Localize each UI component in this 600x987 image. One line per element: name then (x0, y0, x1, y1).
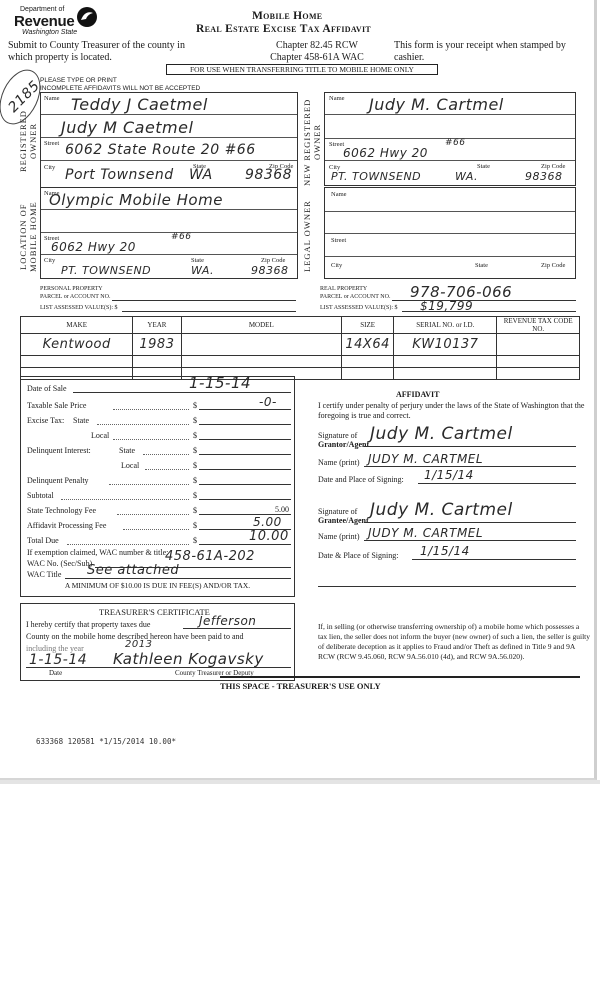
location-state: WA. (191, 264, 214, 277)
dor-swirl-icon (76, 6, 98, 28)
grantee-name-label: Name (print) (318, 532, 360, 541)
affidavit-title: AFFIDAVIT (396, 390, 439, 399)
cell-size[interactable]: 14X64 (342, 334, 394, 356)
affidavit-certification: I certify under penalty of perjury under… (318, 401, 588, 421)
location-street: 6062 Hwy 20 (51, 240, 136, 254)
zip-label: Zip Code (261, 257, 285, 264)
header-serial: SERIAL NO. or I.D. (394, 317, 497, 334)
excise-state-field[interactable] (199, 424, 291, 425)
chapter-rcw: Chapter 82.45 RCW (262, 40, 372, 52)
currency-symbol: $ (193, 506, 197, 515)
currency-symbol: $ (193, 446, 197, 455)
loc-street-row[interactable]: Street 6062 Hwy 20 #66 (41, 233, 297, 255)
personal-assessed-field[interactable] (122, 311, 296, 312)
grantee-sig-label2: Grantee/Agent (318, 516, 369, 525)
cell-serial[interactable]: KW10137 (394, 334, 497, 356)
table-row (21, 356, 580, 368)
currency-symbol: $ (193, 521, 197, 530)
name-label: Name (329, 95, 345, 102)
excise-tax-label: Excise Tax: (27, 416, 64, 425)
zip-label: Zip Code (541, 262, 565, 269)
total-due-field[interactable] (199, 544, 291, 545)
grantor-sig-label2: Grantor/Agent (318, 440, 369, 449)
location-box: Name Olympic Mobile Home Street 6062 Hwy… (40, 187, 298, 279)
treasurer-use-rule (220, 676, 580, 678)
form-title-line2: Real Estate Excise Tax Affidavit (196, 23, 371, 35)
page-edge (0, 780, 600, 784)
grantor-sig-label: Signature of Grantor/Agent (318, 431, 369, 449)
treasurer-date-label: Date (49, 669, 62, 677)
grantor-name-label: Name (print) (318, 458, 360, 467)
location-zip: 98368 (251, 264, 289, 277)
header-year: YEAR (133, 317, 181, 334)
personal-property-label: PERSONAL PROPERTY PARCEL or ACCOUNT NO. (40, 286, 110, 301)
cell-tax-code[interactable] (497, 356, 580, 368)
mobile-home-table: MAKE YEAR MODEL SIZE SERIAL NO. or I.D. … (20, 316, 580, 380)
wac-no-value: 458-61A-202 (165, 549, 255, 564)
reg-name2-row[interactable]: Judy M Caetmel (41, 115, 297, 138)
taxable-price-field[interactable] (199, 409, 291, 410)
treasurer-year: 2013 (125, 639, 152, 650)
grantee-signature: Judy M. Cartmel (370, 500, 513, 520)
tax-calculation-box: Date of Sale 1-15-14 Taxable Sale Price … (20, 376, 295, 597)
grantor-date-field[interactable] (418, 483, 576, 484)
real-assessed-label: LIST ASSESSED VALUE(S): $ (320, 305, 398, 313)
reg-owner-zip: 98368 (245, 167, 292, 183)
currency-symbol: $ (193, 431, 197, 440)
wac-title-label: WAC Title (27, 570, 61, 579)
leader-dots (67, 544, 189, 545)
leader-dots (123, 529, 189, 530)
state-label: State (477, 163, 490, 170)
wac-title-value: See attached (87, 563, 179, 578)
cell-size[interactable] (342, 368, 394, 380)
leader-dots (145, 469, 189, 470)
location-unit: #66 (171, 232, 192, 242)
new-city-row[interactable]: City State Zip Code PT. TOWNSEND WA. 983… (325, 161, 575, 186)
cell-model[interactable] (181, 356, 342, 368)
cell-tax-code[interactable] (497, 334, 580, 356)
processing-fee-value: 5.00 (253, 515, 282, 529)
new-name2-row[interactable] (325, 115, 575, 139)
treasurer-signature: Kathleen Kogavsky (113, 650, 264, 668)
street-label: Street (329, 141, 344, 148)
zip-label: Zip Code (541, 163, 565, 170)
new-owner-name1: Judy M. Cartmel (369, 95, 504, 114)
loc-name-row[interactable]: Name Olympic Mobile Home (41, 188, 297, 210)
new-owner-unit: #66 (445, 138, 466, 148)
grantee-date-label: Date & Place of Signing: (318, 551, 398, 560)
chapter-wac: Chapter 458-61A WAC (262, 52, 372, 64)
minimum-due-notice: A MINIMUM OF $10.00 IS DUE IN FEE(S) AND… (21, 581, 294, 590)
grantor-signature: Judy M. Cartmel (370, 424, 513, 444)
logo-department: Department of (20, 6, 64, 13)
registered-owner-label: REGISTERED OWNER (18, 100, 40, 182)
grantor-signature-field[interactable] (364, 446, 576, 447)
rp-line2: PARCEL or ACCOUNT NO. (320, 294, 390, 302)
leader-dots (113, 409, 189, 410)
rp-line1: REAL PROPERTY (320, 286, 390, 294)
legal-owner-box: Name Street City State Zip Code (324, 187, 576, 279)
grantor-date-label: Date and Place of Signing: (318, 475, 404, 484)
interest-local-label: Local (121, 461, 139, 470)
tax-lien-notice: If, in selling (or otherwise transferrin… (318, 622, 590, 662)
header-tax-code: REVENUE TAX CODE NO. (497, 317, 580, 334)
new-owner-zip: 98368 (525, 170, 563, 183)
leader-dots (109, 484, 189, 485)
location-name: Olympic Mobile Home (49, 191, 223, 209)
treasurer-certificate-box: TREASURER'S CERTIFICATE I hereby certify… (20, 603, 295, 681)
pp-line2: PARCEL or ACCOUNT NO. (40, 294, 110, 302)
table-header-row: MAKE YEAR MODEL SIZE SERIAL NO. or I.D. … (21, 317, 580, 334)
grantee-name-field[interactable] (364, 540, 576, 541)
grantee-sig-label: Signature of Grantee/Agent (318, 507, 369, 525)
form-title-line1: Mobile Home (252, 10, 322, 22)
date-of-sale-label: Date of Sale (27, 384, 67, 393)
new-street-row[interactable]: Street 6062 Hwy 20 #66 (325, 139, 575, 161)
affidavit-page: Department of Revenue Washington State M… (0, 0, 597, 780)
interest-state-label: State (119, 446, 135, 455)
cell-serial[interactable] (394, 368, 497, 380)
street-label: Street (331, 237, 346, 244)
leader-dots (117, 514, 189, 515)
legal-city-row[interactable]: City State Zip Code (325, 257, 575, 279)
tech-fee-label: State Technology Fee (27, 506, 96, 515)
interest-state-field[interactable] (199, 454, 291, 455)
currency-symbol: $ (193, 401, 197, 410)
total-due-label: Total Due (27, 536, 59, 545)
exemption-label: If exemption claimed, WAC number & title… (27, 548, 168, 557)
grantor-sig-label1: Signature of (318, 431, 369, 440)
excise-local-field[interactable] (199, 439, 291, 440)
grantor-name: JUDY M. CARTMEL (368, 452, 483, 466)
print-instructions: PLEASE TYPE OR PRINT INCOMPLETE AFFIDAVI… (40, 77, 200, 93)
personal-assessed-label: LIST ASSESSED VALUE(S): $ (40, 305, 118, 313)
currency-symbol: $ (193, 491, 197, 500)
cell-tax-code[interactable] (497, 368, 580, 380)
county-field[interactable] (183, 628, 291, 629)
city-label: City (331, 262, 342, 269)
grantee-date: 1/15/14 (420, 544, 470, 558)
state-label: State (475, 262, 488, 269)
wac-title-field[interactable] (65, 578, 291, 579)
date-of-sale-field[interactable] (73, 392, 291, 393)
legal-owner-label: LEGAL OWNER (302, 196, 324, 276)
reg-owner-state: WA (189, 167, 213, 183)
leader-dots (143, 454, 189, 455)
affidavit-bottom-rule (318, 586, 576, 587)
new-owner-label: NEW REGISTERED OWNER (302, 96, 324, 188)
treasurer-date: 1-15-14 (29, 652, 87, 668)
use-notice: FOR USE WHEN TRANSFERRING TITLE TO MOBIL… (166, 64, 438, 75)
logo-state: Washington State (22, 29, 77, 36)
subtotal-label: Subtotal (27, 491, 54, 500)
legal-street-row[interactable]: Street (325, 234, 575, 257)
cell-year[interactable]: 1983 (133, 334, 181, 356)
street-label: Street (44, 140, 59, 147)
real-property-label: REAL PROPERTY PARCEL or ACCOUNT NO. (320, 286, 390, 301)
treasurer-line1: I hereby certify that property taxes due (26, 620, 150, 629)
cell-size[interactable] (342, 356, 394, 368)
registered-owner-box: Name Teddy J Caetmel Judy M Caetmel Stre… (40, 92, 298, 188)
new-name-row[interactable]: Name Judy M. Cartmel (325, 93, 575, 115)
tech-fee-value: 5.00 (221, 505, 289, 514)
state-label: State (191, 257, 204, 264)
header-make: MAKE (21, 317, 133, 334)
treasurer-county: Jefferson (199, 614, 256, 628)
reg-street-row[interactable]: Street 6062 State Route 20 #66 (41, 138, 297, 161)
grantee-sig-label1: Signature of (318, 507, 369, 516)
name-label: Name (331, 191, 347, 198)
reg-owner-city: Port Townsend (65, 167, 174, 183)
personal-parcel-field[interactable] (112, 300, 296, 301)
currency-symbol: $ (193, 476, 197, 485)
logo-name: Revenue (14, 13, 74, 30)
receipt-note: This form is your receipt when stamped b… (394, 40, 584, 64)
excise-local-label: Local (91, 431, 109, 440)
cell-make[interactable]: Kentwood (21, 334, 133, 356)
location-label: LOCATION OF MOBILE HOME (18, 192, 42, 282)
real-assessed-value: $19,799 (420, 299, 473, 313)
please-print: PLEASE TYPE OR PRINT (40, 77, 200, 85)
submit-instructions: Submit to County Treasurer of the county… (8, 40, 208, 64)
new-owner-state: WA. (455, 170, 478, 183)
leader-dots (61, 499, 189, 500)
new-owner-city: PT. TOWNSEND (331, 170, 421, 183)
grantee-date-field[interactable] (412, 559, 576, 560)
reg-owner-name2: Judy M Caetmel (61, 118, 193, 137)
chapter-references: Chapter 82.45 RCW Chapter 458-61A WAC (262, 40, 372, 64)
currency-symbol: $ (193, 461, 197, 470)
treasurer-use-only: THIS SPACE - TREASURER'S USE ONLY (220, 681, 381, 691)
receipt-stamp: 633368 120581 *1/15/2014 10.00* (36, 737, 176, 746)
grantor-name-field[interactable] (364, 466, 576, 467)
legal-name2-row[interactable] (325, 212, 575, 234)
interest-local-field[interactable] (199, 469, 291, 470)
city-label: City (44, 257, 55, 264)
header-size: SIZE (342, 317, 394, 334)
reg-name-row[interactable]: Name Teddy J Caetmel (41, 93, 297, 115)
grantee-signature-field[interactable] (364, 522, 576, 523)
reg-owner-street: 6062 State Route 20 #66 (65, 142, 256, 158)
reg-owner-name1: Teddy J Caetmel (71, 95, 208, 114)
location-city: PT. TOWNSEND (61, 264, 151, 277)
delinquent-interest-label: Delinquent Interest: (27, 446, 91, 455)
loc-name2-row[interactable] (41, 210, 297, 233)
cell-model[interactable] (181, 334, 342, 356)
new-owner-street: 6062 Hwy 20 (343, 146, 428, 160)
cell-year[interactable] (133, 356, 181, 368)
date-of-sale-value: 1-15-14 (189, 374, 251, 392)
total-due-value: 10.00 (249, 529, 289, 544)
dor-logo: Department of Revenue Washington State (14, 6, 104, 36)
table-row: Kentwood 1983 14X64 KW10137 (21, 334, 580, 356)
grantee-name: JUDY M. CARTMEL (368, 526, 483, 540)
leader-dots (97, 424, 189, 425)
new-owner-box: Name Judy M. Cartmel Street 6062 Hwy 20 … (324, 92, 576, 186)
leader-dots (113, 439, 189, 440)
name-label: Name (44, 95, 60, 102)
pp-line1: PERSONAL PROPERTY (40, 286, 110, 294)
delinquent-penalty-field[interactable] (199, 484, 291, 485)
wac-no-label: WAC No. (Sec/Sub) (27, 559, 92, 568)
taxable-price-value: -0- (259, 395, 277, 409)
processing-fee-label: Affidavit Processing Fee (27, 521, 106, 530)
currency-symbol: $ (193, 536, 197, 545)
reg-city-row[interactable]: City State Zip Code Port Townsend WA 983… (41, 161, 297, 188)
taxable-price-label: Taxable Sale Price (27, 401, 86, 410)
header-model: MODEL (181, 317, 342, 334)
grantor-date: 1/15/14 (424, 468, 474, 482)
excise-state-label: State (73, 416, 89, 425)
loc-city-row[interactable]: City State Zip Code PT. TOWNSEND WA. 983… (41, 255, 297, 279)
treasurer-cert-title: TREASURER'S CERTIFICATE (99, 607, 210, 617)
cell-make[interactable] (21, 356, 133, 368)
delinquent-penalty-label: Delinquent Penalty (27, 476, 89, 485)
currency-symbol: $ (193, 416, 197, 425)
subtotal-field[interactable] (199, 499, 291, 500)
legal-name-row[interactable]: Name (325, 188, 575, 212)
city-label: City (44, 164, 55, 171)
cell-serial[interactable] (394, 356, 497, 368)
